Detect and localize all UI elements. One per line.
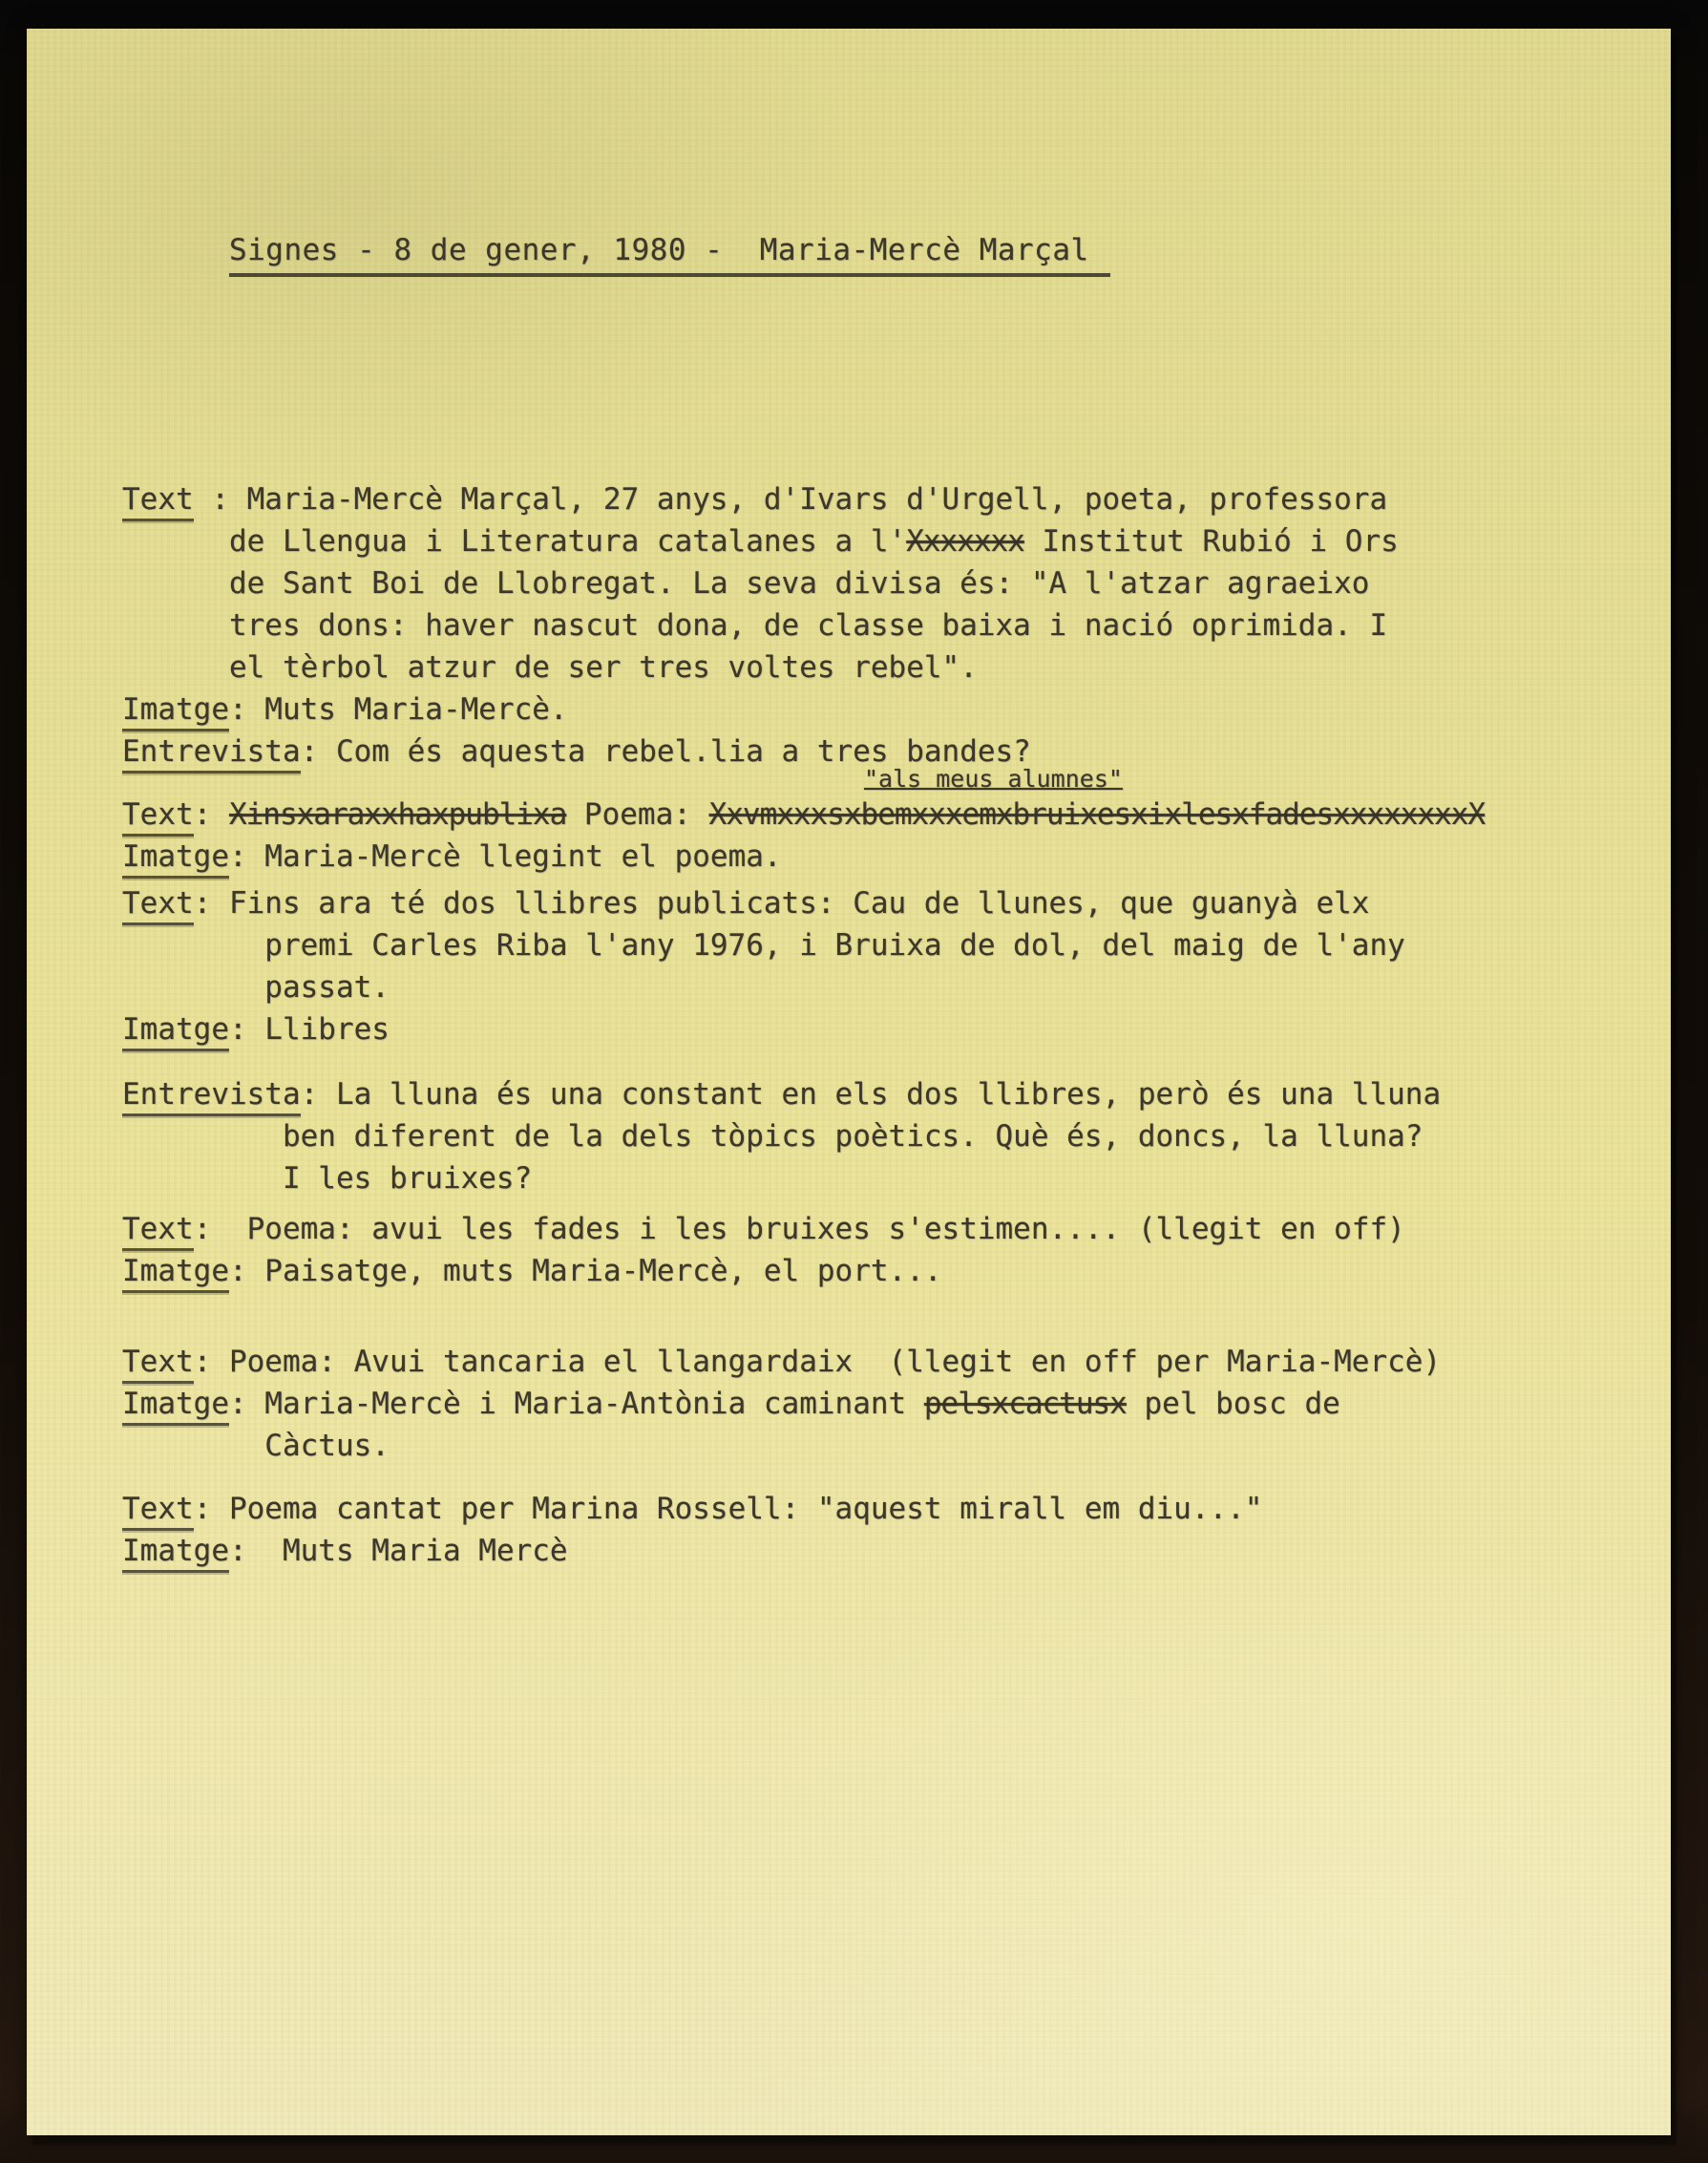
line-text: : La lluna és una constant en els dos ll… <box>301 1077 1441 1112</box>
document-line: tres dons: haver nascut dona, de classe … <box>122 604 1612 647</box>
section-label: Imatge <box>122 839 229 879</box>
section-label: Text <box>122 1492 194 1531</box>
line-text: : Maria-Mercè llegint el poema. <box>229 839 782 874</box>
section-label: Imatge <box>122 1534 229 1573</box>
document-line: Càctus. <box>122 1425 1612 1467</box>
document-line: Imatge: Paisatge, muts Maria-Mercè, el p… <box>122 1250 1612 1292</box>
document-line: Imatge: Muts Maria Mercè <box>122 1530 1612 1572</box>
struck-out-text: Xxvmxxxsxbemxxxemxbruixesxixlesxfadesxxx… <box>709 797 1486 832</box>
inserted-text: "als meus alumnes" <box>864 765 1123 793</box>
document-line: Text: Fins ara té dos llibres publicats:… <box>122 882 1612 924</box>
line-text: Institut Rubió i Ors <box>1024 524 1399 559</box>
document-content: Signes - 8 de gener, 1980 - Maria-Mercè … <box>122 129 1612 1641</box>
line-text: : Muts Maria Mercè <box>229 1534 568 1568</box>
document-line: de Sant Boi de Llobregat. La seva divisa… <box>122 562 1612 604</box>
section-label: Entrevista <box>122 734 301 774</box>
line-text: : Paisatge, muts Maria-Mercè, el port... <box>229 1254 942 1288</box>
struck-out-text: pelsxcactusx <box>924 1387 1127 1421</box>
line-text: : Com és aquesta rebel.lia a tres bandes… <box>301 734 1031 769</box>
section-label: Text <box>122 1345 194 1384</box>
document-body: Text : Maria-Mercè Marçal, 27 anys, d'Iv… <box>122 478 1612 1572</box>
document-line: Entrevista: La lluna és una constant en … <box>122 1073 1612 1115</box>
line-text: : Fins ara té dos llibres publicats: Cau… <box>194 886 1370 921</box>
document-line: Text: Poema: avui les fades i les bruixe… <box>122 1208 1612 1250</box>
document-line: I les bruixes? <box>122 1157 1612 1199</box>
document-line: el tèrbol atzur de ser tres voltes rebel… <box>122 647 1612 689</box>
document-line: Text : Maria-Mercè Marçal, 27 anys, d'Iv… <box>122 478 1612 520</box>
document-page: Signes - 8 de gener, 1980 - Maria-Mercè … <box>27 29 1671 2135</box>
line-text: : <box>194 797 229 832</box>
document-line: passat. <box>122 966 1612 1008</box>
document-title-row: Signes - 8 de gener, 1980 - Maria-Mercè … <box>122 198 1612 311</box>
line-text: : Llibres <box>229 1012 390 1047</box>
section-label: Imatge <box>122 1012 229 1051</box>
struck-out-text: Xinsxaraxxhaxpublixa <box>229 797 566 832</box>
line-text: premi Carles Riba l'any 1976, i Bruixa d… <box>122 928 1405 963</box>
line-text: de Llengua i Literatura catalanes a l' <box>122 524 906 559</box>
line-text: : Maria-Mercè i Maria-Antònia caminant <box>229 1387 924 1421</box>
line-text: pel bosc de <box>1127 1387 1340 1421</box>
line-text: de Sant Boi de Llobregat. La seva divisa… <box>122 566 1369 601</box>
line-text: Poema: <box>566 797 708 832</box>
document-line: Imatge: Muts Maria-Mercè. <box>122 689 1612 731</box>
section-label: Imatge <box>122 1387 229 1426</box>
line-text: ben diferent de la dels tòpics poètics. … <box>122 1119 1423 1154</box>
document-title: Signes - 8 de gener, 1980 - Maria-Mercè … <box>229 232 1110 277</box>
document-line: Text: Poema cantat per Marina Rossell: "… <box>122 1488 1612 1530</box>
line-text: : Poema: Avui tancaria el llangardaix (l… <box>194 1345 1441 1379</box>
line-text: : Maria-Mercè Marçal, 27 anys, d'Ivars d… <box>194 482 1387 517</box>
struck-out-text: Xxxxxxx <box>906 524 1024 559</box>
document-line: de Llengua i Literatura catalanes a l'Xx… <box>122 520 1612 562</box>
line-text: Càctus. <box>122 1429 390 1463</box>
section-label: Text <box>122 797 194 837</box>
section-label: Entrevista <box>122 1077 301 1116</box>
line-text: : Poema: avui les fades i les bruixes s'… <box>194 1212 1405 1246</box>
line-text: tres dons: haver nascut dona, de classe … <box>122 608 1387 643</box>
line-text: I les bruixes? <box>122 1161 532 1196</box>
line-text: el tèrbol atzur de ser tres voltes rebel… <box>122 650 978 685</box>
document-line: Imatge: Maria-Mercè i Maria-Antònia cami… <box>122 1383 1612 1425</box>
document-line: Text: Xinsxaraxxhaxpublixa Poema: Xxvmxx… <box>122 794 1612 836</box>
document-line: Text: Poema: Avui tancaria el llangardai… <box>122 1341 1612 1383</box>
section-label: Text <box>122 886 194 925</box>
section-label: Imatge <box>122 1254 229 1293</box>
line-text: passat. <box>122 970 390 1005</box>
section-label: Imatge <box>122 692 229 732</box>
document-line: Imatge: Maria-Mercè llegint el poema. <box>122 836 1612 878</box>
section-label: Text <box>122 1212 194 1251</box>
section-label: Text <box>122 482 194 521</box>
line-text: : Muts Maria-Mercè. <box>229 692 568 727</box>
document-line: Imatge: Llibres <box>122 1008 1612 1050</box>
document-line: ben diferent de la dels tòpics poètics. … <box>122 1115 1612 1157</box>
line-text: : Poema cantat per Marina Rossell: "aque… <box>194 1492 1263 1526</box>
document-line: premi Carles Riba l'any 1976, i Bruixa d… <box>122 924 1612 966</box>
